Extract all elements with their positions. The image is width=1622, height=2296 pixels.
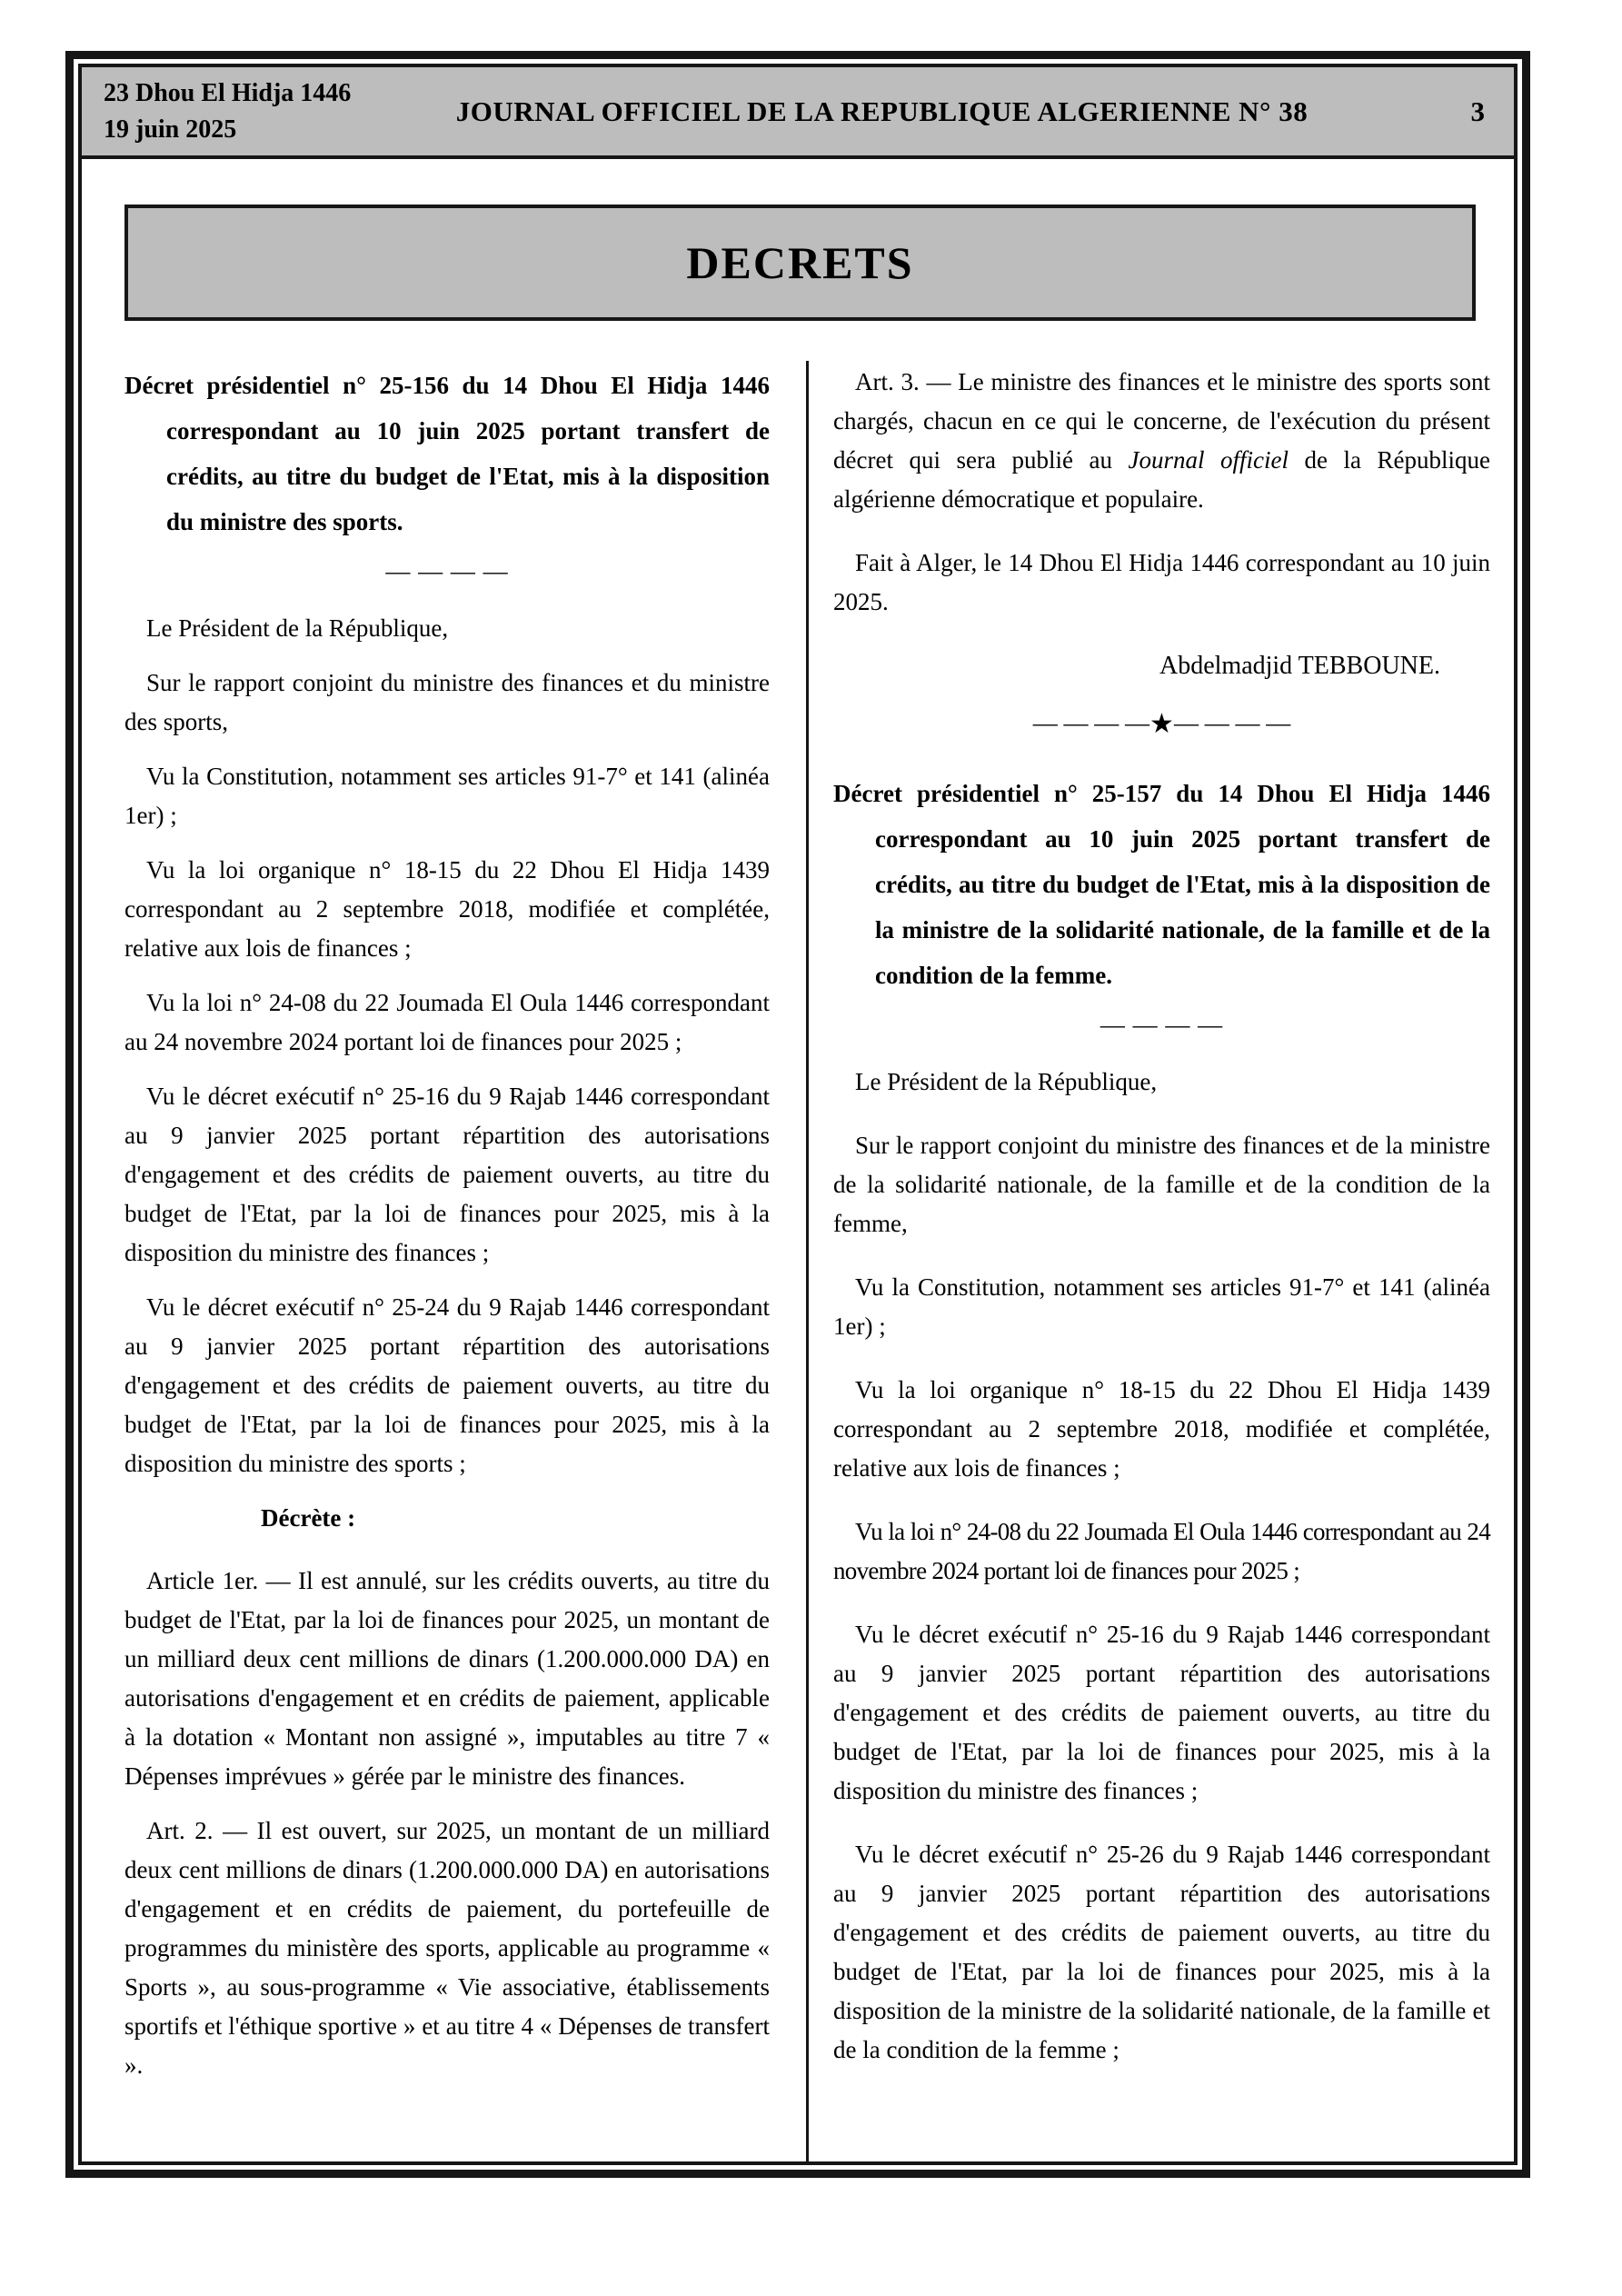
paragraph: Vu la loi n° 24-08 du 22 Joumada El Oula… <box>124 983 770 1062</box>
article-2-paragraph: Art. 2. — Il est ouvert, sur 2025, un mo… <box>124 1812 770 2085</box>
paragraph: Vu la Constitution, notamment ses articl… <box>124 757 770 835</box>
paragraph: Sur le rapport conjoint du ministre des … <box>124 664 770 742</box>
decree-heading-25-156: Décret présidentiel n° 25-156 du 14 Dhou… <box>124 363 770 544</box>
star-separator-left-dashes: — — — — <box>1033 709 1149 736</box>
fait-a-alger-paragraph: Fait à Alger, le 14 Dhou El Hidja 1446 c… <box>833 544 1490 622</box>
paragraph: Le Président de la République, <box>833 1063 1490 1102</box>
paragraph: Sur le rapport conjoint du ministre des … <box>833 1126 1490 1243</box>
journal-officiel-italic: Journal officiel <box>1129 446 1289 474</box>
section-title: DECRETS <box>686 236 913 289</box>
column-left: Décret présidentiel n° 25-156 du 14 Dhou… <box>82 361 806 2161</box>
masthead: 23 Dhou El Hidja 1446 19 juin 2025 JOURN… <box>82 67 1514 159</box>
journal-title: JOURNAL OFFICIEL DE LA REPUBLIQUE ALGERI… <box>82 67 1514 155</box>
paragraph: Vu le décret exécutif n° 25-24 du 9 Raja… <box>124 1288 770 1483</box>
paragraph: Vu le décret exécutif n° 25-16 du 9 Raja… <box>833 1615 1490 1811</box>
signature: Abdelmadjid TEBBOUNE. <box>833 646 1490 685</box>
column-right: Art. 3. — Le ministre des finances et le… <box>809 361 1514 2161</box>
content-columns: Décret présidentiel n° 25-156 du 14 Dhou… <box>82 361 1514 2161</box>
paragraph: Vu la loi organique n° 18-15 du 22 Dhou … <box>833 1371 1490 1488</box>
journal-page: { "colors": { "header_bg": "#bdbdbd", "b… <box>0 0 1622 2296</box>
paragraph: Vu le décret exécutif n° 25-16 du 9 Raja… <box>124 1077 770 1273</box>
paragraph: Vu la Constitution, notamment ses articl… <box>833 1268 1490 1346</box>
decree-heading-25-157: Décret présidentiel n° 25-157 du 14 Dhou… <box>833 771 1490 998</box>
article-3-paragraph: Art. 3. — Le ministre des finances et le… <box>833 363 1490 519</box>
article-1-paragraph: Article 1er. — Il est annulé, sur les cr… <box>124 1562 770 1796</box>
section-title-box: DECRETS <box>124 205 1476 321</box>
star-icon: ★ <box>1149 709 1174 739</box>
paragraph: Vu la loi n° 24-08 du 22 Joumada El Oula… <box>833 1512 1490 1591</box>
page-frame: 23 Dhou El Hidja 1446 19 juin 2025 JOURN… <box>65 51 1530 2178</box>
dash-separator: — — — — <box>124 552 770 591</box>
dash-separator: — — — — <box>833 1005 1490 1044</box>
page-inner-frame: 23 Dhou El Hidja 1446 19 juin 2025 JOURN… <box>78 64 1518 2165</box>
star-separator: — — — —★— — — — <box>833 704 1490 744</box>
page-number: 3 <box>1471 67 1486 155</box>
paragraph: Vu le décret exécutif n° 25-26 du 9 Raja… <box>833 1835 1490 2070</box>
decrete-label: Décrète : <box>261 1499 770 1538</box>
paragraph: Le Président de la République, <box>124 609 770 648</box>
paragraph: Vu la loi organique n° 18-15 du 22 Dhou … <box>124 851 770 968</box>
star-separator-right-dashes: — — — — <box>1174 709 1290 736</box>
